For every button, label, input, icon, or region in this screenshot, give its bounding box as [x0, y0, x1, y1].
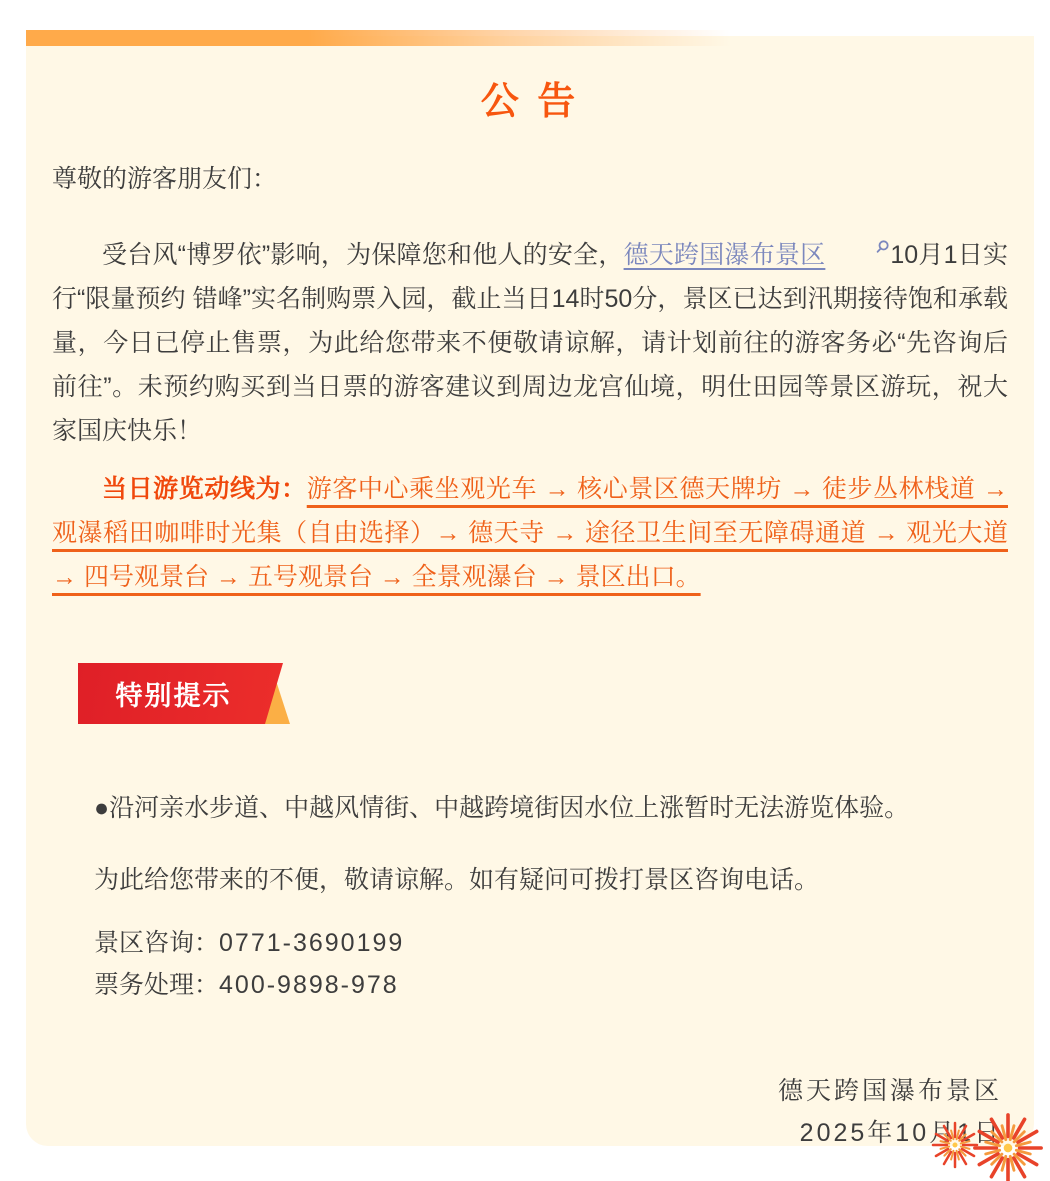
contact-row-ticketing: 票务处理：400-9898-978 — [94, 964, 1008, 1006]
scenic-area-link[interactable]: 德天跨国瀑布景区 — [624, 241, 826, 269]
banner-label: 特别提示 — [116, 674, 246, 713]
para1-text-before: 受台风“博罗依”影响，为保障您和他人的安全， — [102, 241, 624, 269]
contact-list: 景区咨询：0771-3690199 票务处理：400-9898-978 — [94, 922, 1008, 1006]
route-label: 当日游览动线为： — [102, 475, 307, 503]
greeting-line: 尊敬的游客朋友们： — [52, 159, 1008, 195]
announcement-card: 公 告 尊敬的游客朋友们： 受台风“博罗依”影响，为保障您和他人的安全，德天跨国… — [26, 36, 1034, 1146]
contact-label: 景区咨询： — [94, 929, 219, 957]
bullet-item: ●沿河亲水步道、中越风情街、中越跨境街因水位上涨暂时无法游览体验。 — [94, 786, 1008, 830]
contact-phone-number: 400-9898-978 — [219, 971, 399, 999]
search-icon[interactable] — [825, 239, 890, 254]
main-paragraph: 受台风“博罗依”影响，为保障您和他人的安全，德天跨国瀑布景区10月1日实行“限量… — [52, 233, 1008, 453]
signature-date: 2025年10月1日 — [52, 1112, 1002, 1154]
route-paragraph: 当日游览动线为：游客中心乘坐观光车 → 核心景区德天牌坊 → 徒步丛林栈道 → … — [52, 467, 1008, 599]
special-notice-section: ●沿河亲水步道、中越风情街、中越跨境街因水位上涨暂时无法游览体验。 为此给您带来… — [52, 786, 1008, 1006]
signature-name: 德天跨国瀑布景区 — [52, 1070, 1002, 1112]
contact-label: 票务处理： — [94, 971, 219, 999]
para1-text-after: 10月1日实行“限量预约 错峰”实名制购票入园，截止当日14时50分，景区已达到… — [52, 241, 1008, 445]
contact-row-consult: 景区咨询：0771-3690199 — [94, 922, 1008, 964]
page-title: 公 告 — [52, 36, 1008, 125]
apology-line: 为此给您带来的不便，敬请谅解。如有疑问可拨打景区咨询电话。 — [94, 858, 1008, 902]
special-notice-banner: 特别提示 — [78, 663, 292, 724]
top-gradient-bar — [26, 30, 1034, 46]
signature-block: 德天跨国瀑布景区 2025年10月1日 — [52, 1070, 1008, 1154]
contact-phone-number: 0771-3690199 — [219, 929, 404, 957]
banner-ribbon: 特别提示 — [78, 663, 283, 724]
fireworks-icon — [972, 1112, 1044, 1181]
